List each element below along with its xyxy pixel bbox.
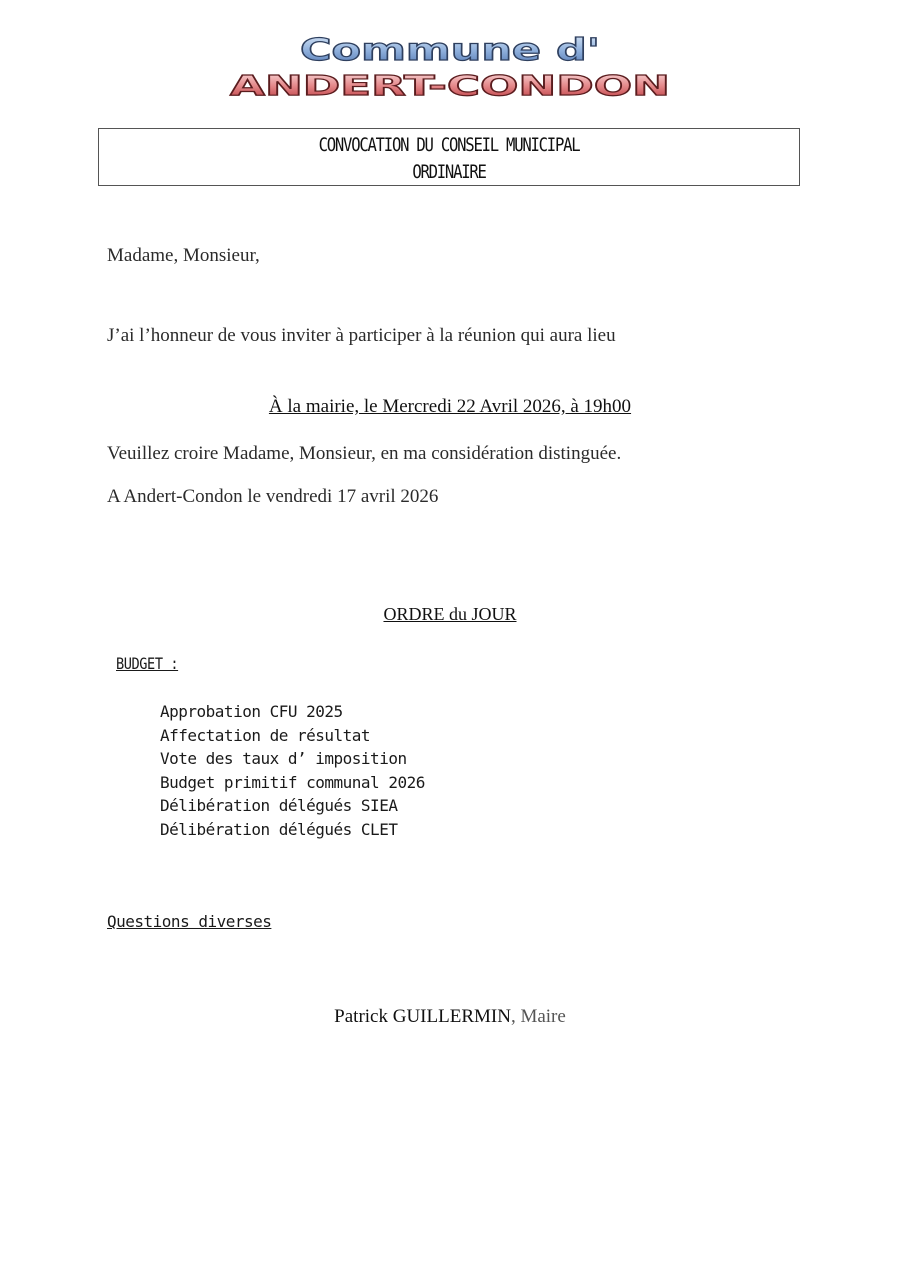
invitation-text: J’ai l’honneur de vous inviter à partici… [107, 325, 616, 347]
signature: Patrick GUILLERMIN, Maire [0, 1006, 900, 1028]
closing-text: Veuillez croire Madame, Monsieur, en ma … [107, 443, 621, 465]
agenda-title: ORDRE du JOUR [0, 604, 900, 625]
document-title-box: CONVOCATION DU CONSEIL MUNICIPAL ORDINAI… [98, 128, 800, 186]
logo-wordart: Commune d' ANDERT-CONDON [220, 30, 680, 105]
agenda-item: Budget primitif communal 2026 [160, 771, 425, 795]
agenda-item: Délibération délégués SIEA [160, 794, 425, 818]
logo-line-2: ANDERT-CONDON [230, 69, 670, 102]
meeting-info: À la mairie, le Mercredi 22 Avril 2026, … [0, 396, 900, 418]
title-line-1: CONVOCATION DU CONSEIL MUNICIPAL [162, 132, 736, 159]
salutation: Madame, Monsieur, [107, 245, 260, 267]
agenda-item: Approbation CFU 2025 [160, 700, 425, 724]
commune-logo: Commune d' ANDERT-CONDON [0, 30, 900, 105]
logo-line-1: Commune d' [300, 33, 600, 68]
signatory-name: Patrick GUILLERMIN [334, 1006, 511, 1027]
agenda-list: Approbation CFU 2025 Affectation de résu… [160, 700, 425, 842]
agenda-item: Affectation de résultat [160, 724, 425, 748]
signatory-role: , Maire [511, 1006, 566, 1027]
budget-section-label: BUDGET : [116, 654, 178, 673]
title-line-2: ORDINAIRE [162, 159, 736, 186]
other-questions: Questions diverses [107, 912, 271, 931]
place-date: A Andert-Condon le vendredi 17 avril 202… [107, 486, 438, 508]
agenda-item: Vote des taux d’ imposition [160, 747, 425, 771]
agenda-item: Délibération délégués CLET [160, 818, 425, 842]
